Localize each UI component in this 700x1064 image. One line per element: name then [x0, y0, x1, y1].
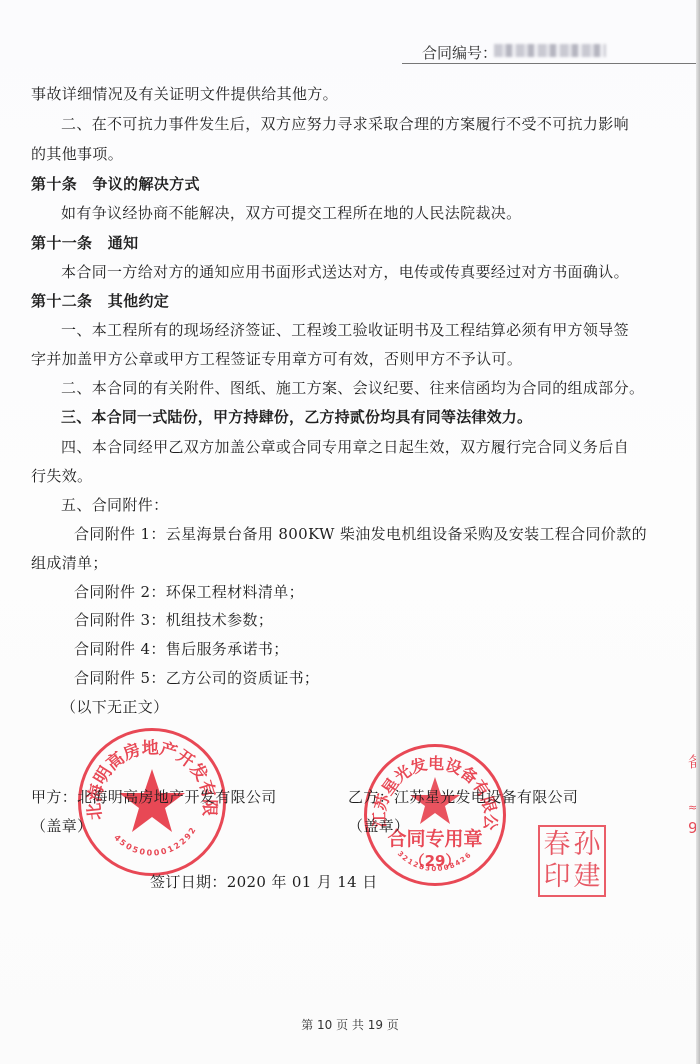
section-heading-article-12: 第十二条 其他约定 — [31, 291, 169, 311]
body-line: 本合同一方给对方的通知应用书面形式送达对方，电传或传真要经过对方书面确认。 — [61, 262, 629, 282]
seal-char: 春 — [542, 829, 572, 861]
contract-number-redacted — [494, 44, 606, 57]
attachment-line: 合同附件 1：云星海景台备用 800KW 柴油发电机组设备采购及安装工程合同价款… — [74, 524, 647, 544]
party-b-stamp-note: （盖章） — [348, 816, 409, 836]
body-line: 二、本合同的有关附件、图纸、施工方案、会议纪要、往来信函均为合同的组成部分。 — [61, 378, 644, 398]
seal-star-icon: 江苏星光发电设备有限公司 合同专用章 （29） 3212830008426 — [367, 747, 503, 883]
party-b-contract-seal: 江苏星光发电设备有限公司 合同专用章 （29） 3212830008426 — [364, 744, 506, 886]
party-a-name: 甲方：北海明高房地产开发有限公司 — [31, 787, 277, 807]
page-number: 第 10 页 共 19 页 — [301, 1018, 399, 1032]
seal-char: 印 — [542, 861, 572, 893]
body-line: 字并加盖甲方公章或甲方工程签证专用章方可有效，否则甲方不予认可。 — [31, 349, 522, 369]
section-heading-article-10: 第十条 争议的解决方式 — [31, 174, 200, 194]
attachment-line: 合同附件 4：售后服务承诺书； — [74, 639, 289, 659]
body-line: 五、合同附件： — [61, 495, 168, 515]
page-header: 合同编号： — [0, 30, 700, 80]
section-heading-article-11: 第十一条 通知 — [31, 233, 138, 253]
page-edge-shadow — [696, 0, 700, 1064]
attachment-line: 合同附件 5：乙方公司的资质证书； — [74, 668, 319, 688]
header-rule — [402, 63, 700, 64]
body-line: 的其他事项。 — [31, 144, 123, 164]
body-line: 一、本工程所有的现场经济签证、工程竣工验收证明书及工程结算必须有甲方领导签 — [61, 320, 629, 340]
party-b-name: 乙方：江苏星光发电设备有限公司 — [348, 787, 578, 807]
contract-number-label: 合同编号： — [422, 42, 497, 63]
seal-char: 建 — [572, 861, 602, 893]
end-of-text-note: （以下无正文） — [61, 697, 168, 717]
attachment-line: 合同附件 2：环保工程材料清单； — [74, 582, 304, 602]
body-line: 如有争议经协商不能解决，双方可提交工程所在地的人民法院裁决。 — [61, 203, 522, 223]
body-line: 二、在不可抗力事件发生后，双方应努力寻求采取合理的方案履行不受不可抗力影响 — [61, 114, 629, 134]
document-page: 合同编号： 事故详细情况及有关证明文件提供给其他方。 二、在不可抗力事件发生后，… — [0, 0, 700, 1064]
body-line: 事故详细情况及有关证明文件提供给其他方。 — [31, 84, 338, 104]
svg-text:4505000012292: 4505000012292 — [112, 824, 198, 857]
body-line: 行失效。 — [31, 466, 92, 486]
attachment-line: 组成清单； — [31, 553, 108, 573]
party-a-stamp-note: （盖章） — [31, 816, 92, 836]
attachment-line: 合同附件 3：机组技术参数； — [74, 610, 273, 630]
body-line: 四、本合同经甲乙双方加盖公章或合同专用章之日起生效，双方履行完合同义务后自 — [61, 437, 629, 457]
seal-char: 孙 — [572, 829, 602, 861]
personal-name-seal: 春 孙 印 建 — [538, 825, 606, 897]
body-line-emphasis: 三、本合同一式陆份，甲方持肆份，乙方持贰份均具有同等法律效力。 — [61, 407, 532, 427]
page-footer: 第 10 页 共 19 页 — [0, 1016, 700, 1033]
signing-date: 签订日期：2020 年 01 月 14 日 — [150, 872, 378, 892]
